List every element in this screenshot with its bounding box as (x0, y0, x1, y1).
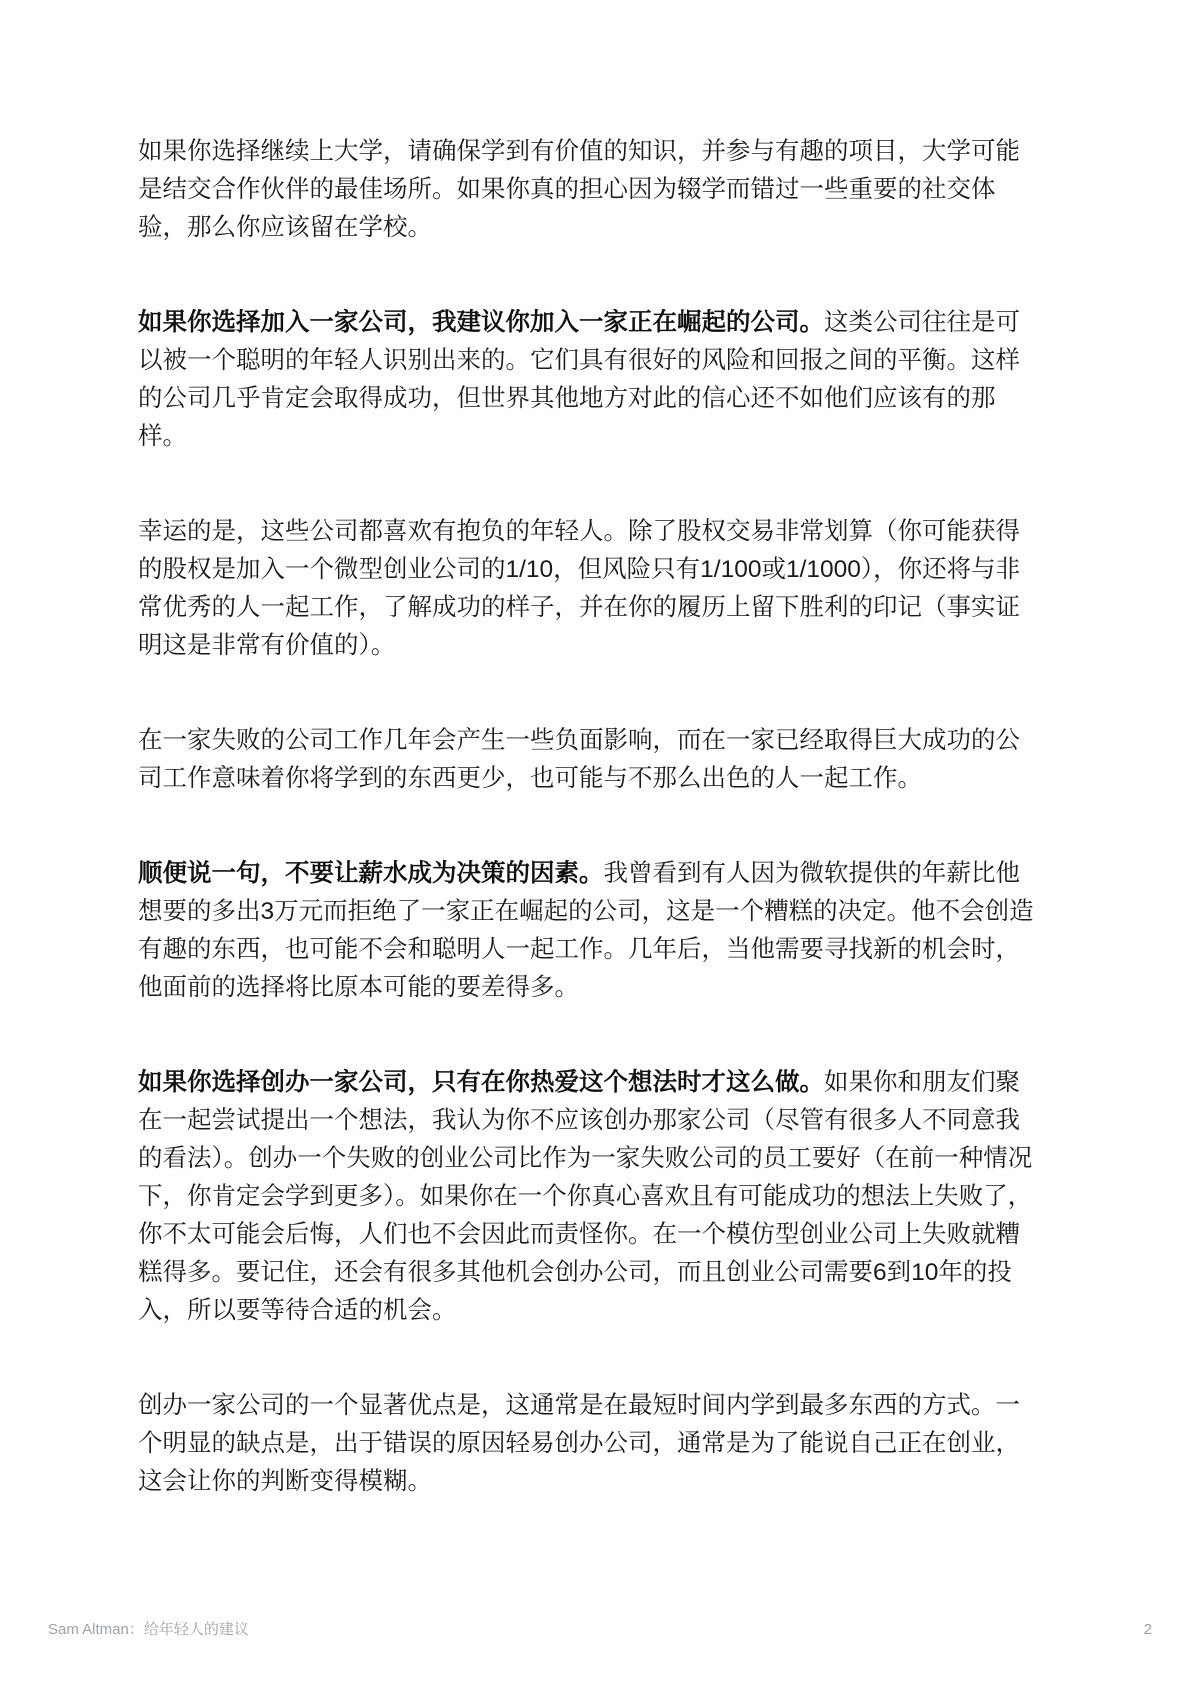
paragraph-text: 如果你选择继续上大学，请确保学到有价值的知识，并参与有趣的项目，大学可能是结交合… (138, 138, 1020, 241)
paragraph: 幸运的是，这些公司都喜欢有抱负的年轻人。除了股权交易非常划算（你可能获得的股权是… (138, 513, 1041, 665)
paragraph-lead: 顺便说一句，不要让薪水成为决策的因素。 (138, 860, 604, 887)
paragraph-lead: 如果你选择加入一家公司，我建议你加入一家正在崛起的公司。 (138, 309, 824, 336)
paragraph-text: 创办一家公司的一个显著优点是，这通常是在最短时间内学到最多东西的方式。一个明显的… (138, 1392, 1020, 1495)
paragraph-text: 如果你和朋友们聚在一起尝试提出一个想法，我认为你不应该创办那家公司（尽管有很多人… (138, 1069, 1032, 1324)
document-body: 如果你选择继续上大学，请确保学到有价值的知识，并参与有趣的项目，大学可能是结交合… (138, 133, 1041, 1558)
paragraph-text: 在一家失败的公司工作几年会产生一些负面影响，而在一家已经取得巨大成功的公司工作意… (138, 727, 1020, 792)
page-footer: Sam Altman：给年轻人的建议 2 (48, 1620, 1152, 1640)
paragraph: 顺便说一句，不要让薪水成为决策的因素。我曾看到有人因为微软提供的年薪比他想要的多… (138, 855, 1041, 1007)
paragraph: 创办一家公司的一个显著优点是，这通常是在最短时间内学到最多东西的方式。一个明显的… (138, 1387, 1041, 1501)
paragraph: 如果你选择创办一家公司，只有在你热爱这个想法时才这么做。如果你和朋友们聚在一起尝… (138, 1064, 1041, 1330)
document-page: 如果你选择继续上大学，请确保学到有价值的知识，并参与有趣的项目，大学可能是结交合… (0, 0, 1200, 1698)
footer-document-title: Sam Altman：给年轻人的建议 (48, 1620, 249, 1640)
paragraph: 在一家失败的公司工作几年会产生一些负面影响，而在一家已经取得巨大成功的公司工作意… (138, 722, 1041, 798)
page-number: 2 (1144, 1620, 1152, 1640)
paragraph: 如果你选择继续上大学，请确保学到有价值的知识，并参与有趣的项目，大学可能是结交合… (138, 133, 1041, 247)
paragraph: 如果你选择加入一家公司，我建议你加入一家正在崛起的公司。这类公司往往是可以被一个… (138, 304, 1041, 456)
paragraph-lead: 如果你选择创办一家公司，只有在你热爱这个想法时才这么做。 (138, 1069, 824, 1096)
paragraph-text: 幸运的是，这些公司都喜欢有抱负的年轻人。除了股权交易非常划算（你可能获得的股权是… (138, 518, 1020, 659)
